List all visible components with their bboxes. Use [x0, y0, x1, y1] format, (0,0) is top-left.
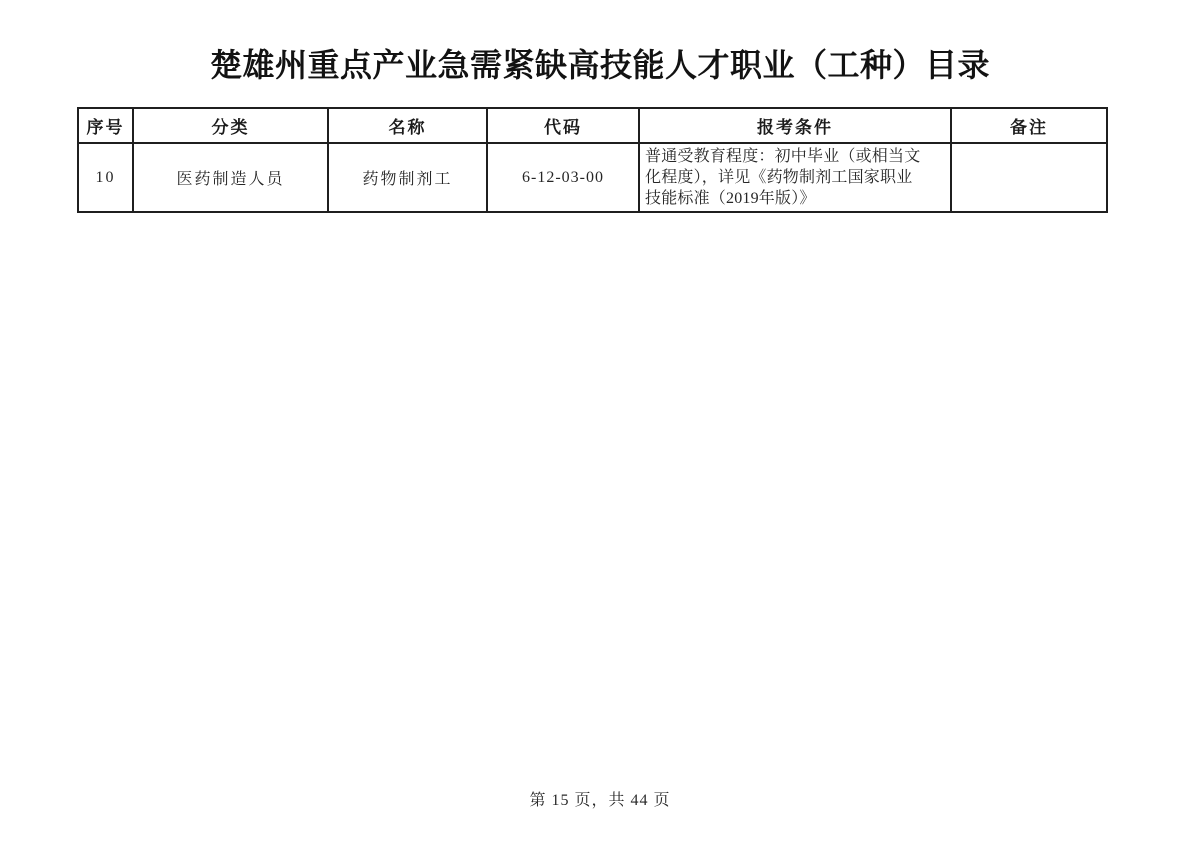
cell-requirements: 普通受教育程度：初中毕业（或相当文 化程度），详见《药物制剂工国家职业 技能标准… [639, 143, 951, 212]
col-header-code: 代码 [487, 108, 639, 143]
page-title: 楚雄州重点产业急需紧缺高技能人才职业（工种）目录 [0, 46, 1200, 84]
cell-code: 6-12-03-00 [487, 143, 639, 212]
catalog-table-container: 序号 分类 名称 代码 报考条件 备注 10 医药制造人员 药物制剂工 6-12… [77, 107, 1108, 213]
cell-seq: 10 [78, 143, 133, 212]
col-header-requirements: 报考条件 [639, 108, 951, 143]
col-header-remark: 备注 [951, 108, 1107, 143]
col-header-name: 名称 [328, 108, 487, 143]
catalog-table: 序号 分类 名称 代码 报考条件 备注 10 医药制造人员 药物制剂工 6-12… [77, 107, 1108, 213]
table-header-row: 序号 分类 名称 代码 报考条件 备注 [78, 108, 1107, 143]
cell-name: 药物制剂工 [328, 143, 487, 212]
cell-category: 医药制造人员 [133, 143, 328, 212]
page-number-footer: 第 15 页，共 44 页 [0, 787, 1200, 810]
table-row: 10 医药制造人员 药物制剂工 6-12-03-00 普通受教育程度：初中毕业（… [78, 143, 1107, 212]
col-header-category: 分类 [133, 108, 328, 143]
cell-remark [951, 143, 1107, 212]
col-header-seq: 序号 [78, 108, 133, 143]
